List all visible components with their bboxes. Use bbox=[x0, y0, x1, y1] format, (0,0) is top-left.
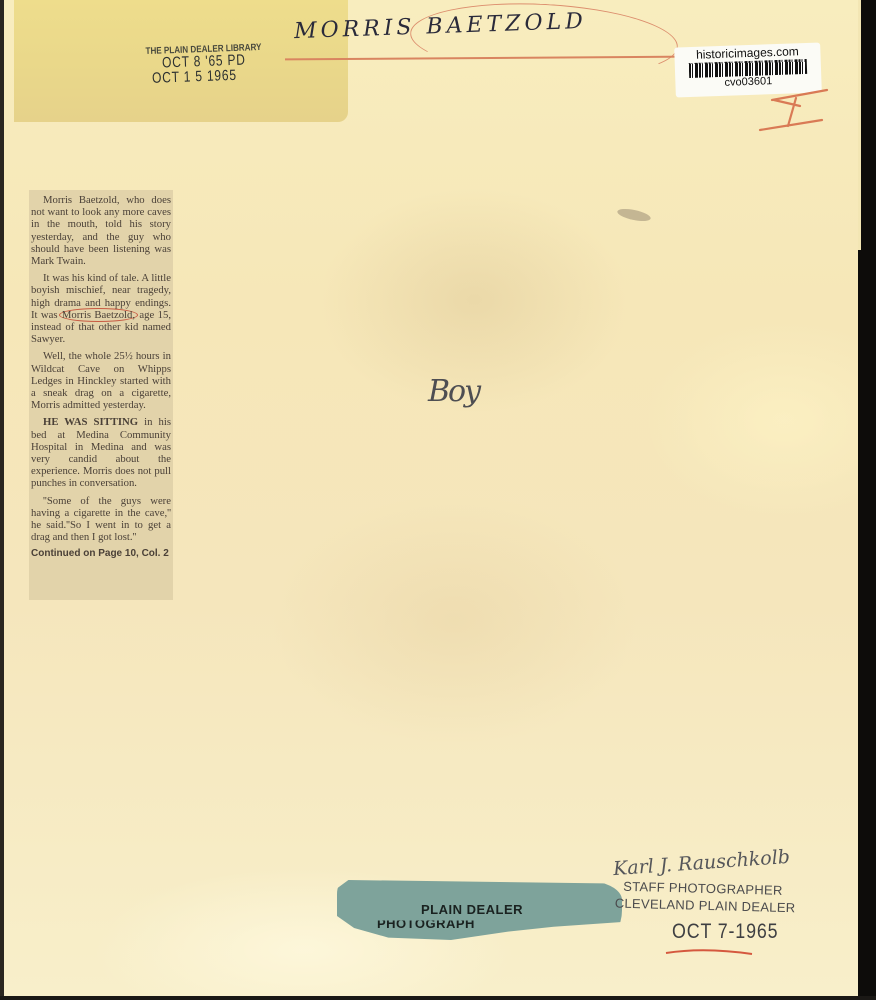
clipping-paragraph: Well, the whole 25½ hours in Wildcat Cav… bbox=[29, 350, 173, 411]
bottom-edge-shadow bbox=[0, 996, 876, 1000]
newspaper-clipping: Morris Baetzold, who does not want to lo… bbox=[29, 190, 173, 600]
red-date-underline-icon bbox=[664, 946, 754, 956]
clipping-paragraph: It was his kind of tale. A little boyish… bbox=[29, 272, 173, 345]
tape-text-plain-dealer: PLAIN DEALER bbox=[421, 902, 523, 917]
clipping-paragraph: ''Some of the guys were having a cigaret… bbox=[29, 495, 173, 544]
clipping-subhead: HE WAS SITTING bbox=[43, 416, 138, 428]
handwritten-boy: Boy bbox=[428, 374, 479, 409]
clipping-continued: Continued on Page 10, Col. 2 bbox=[29, 548, 173, 558]
tape-text-photograph: PHOTOGRAPH bbox=[377, 916, 475, 931]
library-stamp: THE PLAIN DEALER LIBRARY OCT 8 '65 PD OC… bbox=[133, 42, 274, 87]
red-pencil-mark-icon bbox=[752, 86, 842, 136]
photographer-stamp: STAFF PHOTOGRAPHER CLEVELAND PLAIN DEALE… bbox=[623, 878, 797, 917]
clipping-paragraph: HE WAS SITTING in his bed at Medina Comm… bbox=[29, 416, 173, 489]
photo-date-stamp: OCT 7-1965 bbox=[672, 920, 778, 944]
paper-edge-sliver bbox=[858, 0, 861, 250]
clipping-paragraph: Morris Baetzold, who does not want to lo… bbox=[29, 194, 173, 267]
circled-name: Morris Baetzold, bbox=[59, 308, 138, 322]
